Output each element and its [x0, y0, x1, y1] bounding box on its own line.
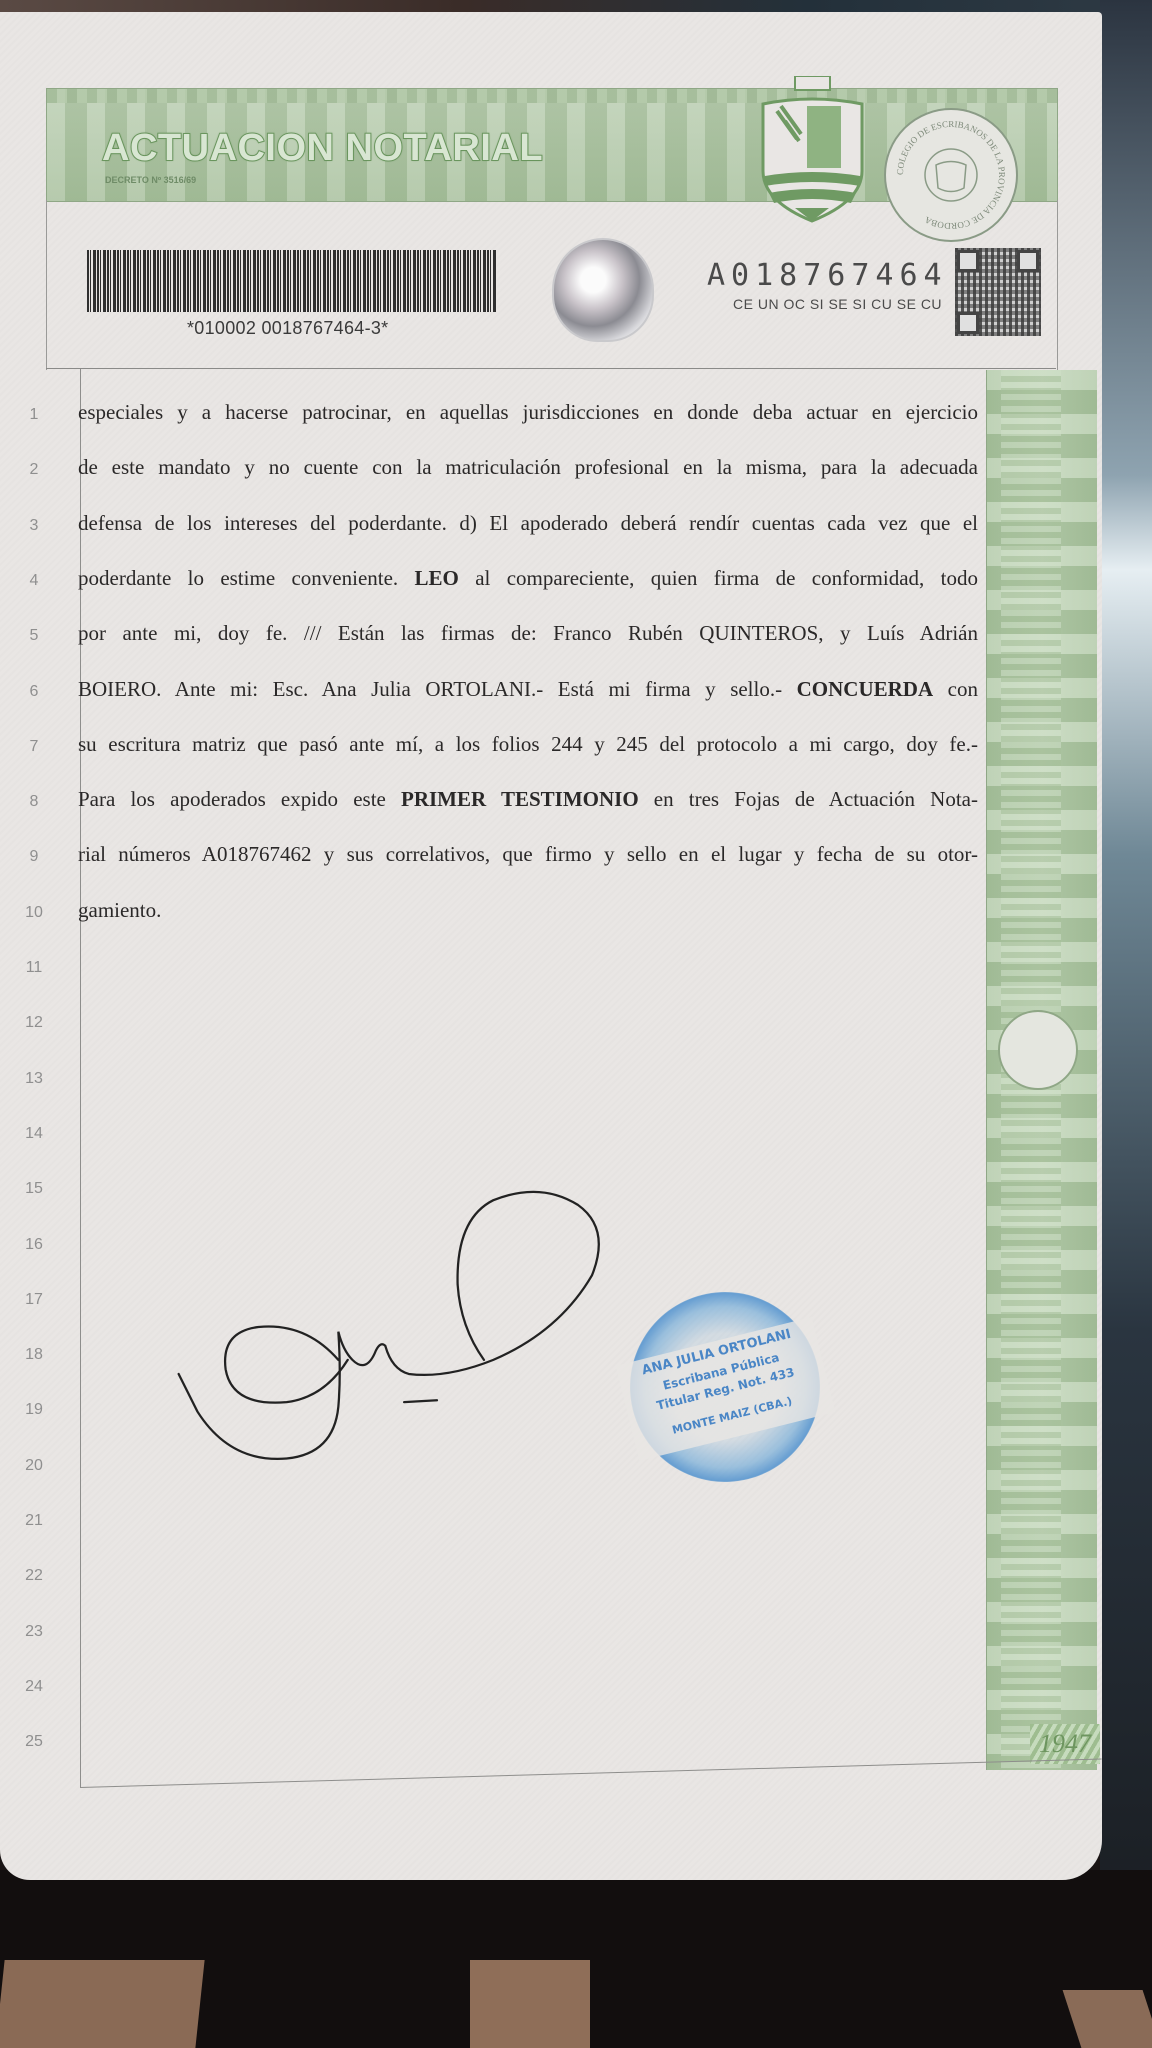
barcode-number: *010002 0018767464-3* [187, 318, 389, 339]
line-number: 21 [14, 1512, 54, 1530]
bold-text: CONCUERDA [797, 677, 934, 701]
line-number: 6 [14, 683, 54, 701]
background-knee [0, 1960, 205, 2048]
header-wave-pattern [47, 89, 1057, 103]
text-segment: BOIERO. Ante mi: Esc. Ana Julia ORTOLANI… [78, 677, 797, 701]
header-divider [46, 368, 1056, 369]
background-right [1100, 0, 1152, 1900]
identification-area: *010002 0018767464-3* A018767464 CE UN O… [46, 200, 1058, 370]
notarial-page: ACTUACION NOTARIAL DECRETO Nº 3516/69 CO… [0, 12, 1102, 1880]
line-number: 4 [14, 572, 54, 590]
text-segment: gamiento. [78, 898, 161, 922]
text-segment: defensa de los intereses del poderdante.… [78, 511, 978, 535]
line-number: 22 [14, 1567, 54, 1585]
text-line: rial números A018767462 y sus correlativ… [78, 842, 978, 867]
text-line: poderdante lo estime conveniente. LEO al… [78, 566, 978, 591]
text-line: por ante mi, doy fe. /// Están las firma… [78, 621, 978, 646]
line-number: 19 [14, 1401, 54, 1419]
line-number: 15 [14, 1180, 54, 1198]
text-line: Para los apoderados expido este PRIMER T… [78, 787, 978, 812]
text-segment: especiales y a hacerse patrocinar, en aq… [78, 400, 978, 424]
line-number: 2 [14, 461, 54, 479]
hologram-seal-icon [552, 238, 654, 342]
line-number: 11 [14, 959, 54, 977]
text-line: su escritura matriz que pasó ante mí, a … [78, 732, 978, 757]
line-number: 5 [14, 627, 54, 645]
line-number: 24 [14, 1678, 54, 1696]
barcode [87, 250, 497, 312]
serial-number: A018767464 [707, 258, 948, 293]
line-number: 7 [14, 738, 54, 756]
qr-finder [957, 250, 979, 272]
line-number: 8 [14, 793, 54, 811]
line-number: 1 [14, 406, 54, 424]
qr-finder [1017, 250, 1039, 272]
serial-code: CE UN OC SI SE SI CU SE CU [733, 296, 942, 312]
text-segment: al compareciente, quien firma de conform… [459, 566, 978, 590]
bold-text: PRIMER TESTIMONIO [401, 787, 639, 811]
line-number: 13 [14, 1070, 54, 1088]
text-segment: rial números A018767462 y sus correlativ… [78, 842, 978, 866]
line-number: 18 [14, 1346, 54, 1364]
line-number: 10 [14, 904, 54, 922]
bold-text: LEO [415, 566, 459, 590]
text-segment: poderdante lo estime conveniente. [78, 566, 415, 590]
text-line: BOIERO. Ante mi: Esc. Ana Julia ORTOLANI… [78, 677, 978, 702]
text-segment: Para los apoderados expido este [78, 787, 401, 811]
decree-number: DECRETO Nº 3516/69 [105, 175, 196, 185]
line-number: 16 [14, 1236, 54, 1254]
line-number: 17 [14, 1291, 54, 1309]
notary-stamp: ANA JULIA ORTOLANI Escribana Pública Tit… [610, 1272, 840, 1502]
text-segment: con [933, 677, 978, 701]
border-seal-icon [998, 1010, 1078, 1090]
text-line: especiales y a hacerse patrocinar, en aq… [78, 400, 978, 425]
qr-code [955, 248, 1041, 336]
line-number: 9 [14, 848, 54, 866]
qr-finder [957, 312, 979, 334]
text-line: de este mandato y no cuente con la matri… [78, 455, 978, 480]
line-number: 23 [14, 1623, 54, 1641]
text-segment: de este mandato y no cuente con la matri… [78, 455, 978, 479]
page-title: ACTUACION NOTARIAL [102, 127, 543, 170]
text-segment: por ante mi, doy fe. /// Están las firma… [78, 621, 978, 645]
handwritten-signature [140, 1172, 640, 1482]
text-line: defensa de los intereses del poderdante.… [78, 511, 978, 536]
line-number: 14 [14, 1125, 54, 1143]
background-knee [470, 1960, 590, 2048]
line-number: 12 [14, 1014, 54, 1032]
bottom-rule [80, 1758, 1102, 1788]
line-number: 25 [14, 1733, 54, 1751]
text-segment: su escritura matriz que pasó ante mí, a … [78, 732, 978, 756]
line-number: 3 [14, 517, 54, 535]
line-number: 20 [14, 1457, 54, 1475]
text-line: gamiento. [78, 898, 978, 923]
text-segment: en tres Fojas de Actuación Nota- [639, 787, 978, 811]
